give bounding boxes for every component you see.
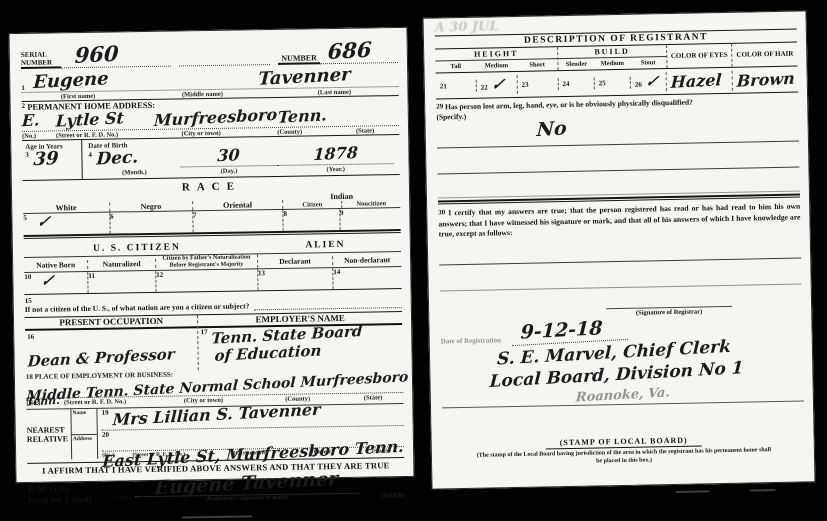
build-slender-label: Slender — [558, 58, 594, 70]
occupation-value: Dean & Professor — [27, 347, 175, 370]
address-city-label: (City or town) — [154, 129, 248, 137]
declarant-number: 13 — [258, 270, 265, 278]
build-stout-label: Stout — [630, 57, 666, 69]
serial-number-label: SERIAL NUMBER — [21, 50, 61, 69]
q29-answer: No — [536, 120, 567, 141]
non-declarant-number: 14 — [333, 268, 340, 276]
us-citizen-title: U. S. CITIZEN — [93, 242, 181, 253]
build-stout-number: 26 — [635, 81, 642, 89]
height-short-label: Short — [517, 59, 558, 71]
q29-number: 29 — [436, 102, 443, 110]
height-medium-checkmark: ✓ — [490, 77, 506, 94]
native-born-number: 10 — [24, 273, 31, 281]
employment-place-state: Tenn. — [26, 395, 60, 408]
serial-number-row: SERIAL NUMBER 960 NUMBER 686 — [21, 33, 398, 69]
registrar-place-value: Roanoke, Va. — [575, 386, 670, 404]
dob-month-label: (Month.) — [89, 168, 181, 176]
address-city-value: Murfreesboro — [153, 107, 277, 129]
height-medium-number: 22 — [481, 83, 488, 91]
registration-date-label: Date of Registration — [441, 336, 501, 345]
height-tall-number: 21 — [440, 82, 447, 90]
order-number-label: NUMBER — [278, 53, 320, 65]
first-name-value: Eugene — [32, 70, 108, 92]
draft-card-front: SERIAL NUMBER 960 NUMBER 686 1 Eugene Ta… — [8, 27, 414, 483]
race-indian-citizen-label: Citizen — [283, 201, 342, 209]
form-number-label: Form No. 1 (Red) — [28, 493, 112, 499]
q3-number: 3 — [25, 151, 29, 159]
citizenship-table: U. S. CITIZEN ALIEN Native Born Naturali… — [24, 233, 402, 294]
nation-question-row: 15 If not a citizen of the U. S., of wha… — [25, 291, 402, 314]
address-no-value: E. — [21, 112, 40, 129]
q20-number: 20 — [102, 431, 109, 439]
q18-number: 18 — [26, 373, 33, 381]
q29-text: Has person lost arm, leg, hand, eye, or … — [445, 98, 693, 112]
dob-year-label: (Year.) — [278, 165, 394, 174]
race-oriental-label: Oriental — [193, 200, 284, 210]
color-of-eyes-title: COLOR OF EYES — [667, 44, 733, 68]
relative-name-label: Name — [71, 409, 97, 435]
scan-smudge — [676, 490, 710, 493]
race-table: White Negro Oriental Indian Citizen Nonc… — [23, 191, 401, 235]
description-answer-row: 21 22✓ 23 24 25 26✓ Hazel Brown — [436, 67, 798, 100]
dob-day-label: (Day.) — [180, 167, 278, 176]
signature-row: P. M. G. O. Form No. 1 (Red) 3—4421 Euge… — [27, 472, 404, 499]
hair-color-value: Brown — [737, 70, 796, 89]
occupation-employer-section: PRESENT OCCUPATION 16 Dean & Professor E… — [25, 311, 403, 373]
address-no-label: (No.) — [22, 132, 56, 140]
employment-state-label: (State) — [343, 394, 403, 402]
registrar-signature-label: (Signature of Registrar) — [606, 306, 732, 317]
last-name-value: Tavenner — [258, 66, 351, 89]
nearest-relative-section: NEAREST RELATIVE Name Address 19 Mrs Lil… — [26, 403, 404, 460]
native-born-checkmark: ✓ — [40, 273, 56, 289]
registrar-section: (Signature of Registrar) Date of Registr… — [440, 298, 804, 408]
address-state-label: (State) — [331, 127, 399, 135]
draft-card-back: A 30 JUL DESCRIPTION OF REGISTRANT HEIGH… — [423, 10, 816, 489]
q16-number: 16 — [27, 333, 34, 341]
stamp-box-title: (STAMP OF LOCAL BOARD) — [546, 435, 702, 449]
race-negro-number: 6 — [110, 213, 114, 221]
q2-number: 2 — [22, 102, 26, 110]
relative-name-value: Mrs Lillian S. Tavenner — [112, 402, 321, 429]
height-short-number: 23 — [522, 80, 529, 88]
height-medium-label: Medium — [476, 60, 517, 72]
address-street-value: Lytle St — [55, 110, 124, 130]
blank-line — [439, 259, 801, 292]
color-of-hair-title: COLOR OF HAIR — [732, 43, 797, 67]
race-white-label: White — [23, 203, 110, 213]
height-tall-label: Tall — [435, 61, 476, 73]
home-address-row: 2 PERMANENT HOME ADDRESS: E. Lytle St Mu… — [22, 96, 400, 140]
q4-number: 4 — [88, 151, 92, 159]
build-stout-checkmark: ✓ — [644, 74, 660, 91]
naturalized-number: 11 — [88, 272, 95, 280]
employer-value-line2: of Education — [215, 344, 323, 364]
citizen-by-father-number: 12 — [156, 271, 163, 279]
address-state-value: Tenn. — [278, 107, 328, 126]
alien-title: ALIEN — [305, 240, 345, 251]
q19-number: 19 — [102, 409, 109, 417]
race-oriental-number: 7 — [193, 211, 197, 219]
nearest-relative-title: NEAREST RELATIVE — [26, 410, 71, 461]
race-white-number: 5 — [23, 214, 27, 222]
dob-day-value: 30 — [217, 147, 240, 164]
registration-date-value: 9-12-18 — [512, 318, 629, 346]
scan-smudge — [750, 489, 776, 491]
race-indian-noncitizen-label: Noncitizen — [342, 200, 400, 208]
q30-number: 30 — [438, 209, 445, 217]
relative-address-label: Address — [72, 435, 98, 460]
order-number-value: 686 — [327, 39, 372, 62]
serial-number-value: 960 — [74, 43, 119, 66]
dob-month-value: Dec. — [96, 149, 139, 168]
race-negro-label: Negro — [110, 201, 193, 211]
build-slender-number: 24 — [562, 79, 569, 87]
race-noncitizen-number: 9 — [340, 209, 344, 217]
naturalized-label: Naturalized — [88, 259, 156, 269]
stamp-box: (STAMP OF LOCAL BOARD) (The stamp of the… — [443, 427, 806, 497]
eyes-color-value: Hazel — [671, 72, 723, 91]
employment-place-row: 18 PLACE OF EMPLOYMENT OR BUSINESS: Midd… — [26, 367, 403, 407]
citizen-by-father-label: Citizen by Father's Naturalization Befor… — [156, 254, 258, 270]
native-born-label: Native Born — [24, 260, 88, 270]
name-row: 1 Eugene Tavenner (First name) (Middle n… — [21, 63, 398, 101]
declarant-label: Declarant — [258, 256, 334, 266]
race-white-checkmark: ✓ — [35, 214, 51, 230]
non-declarant-label: Non-declarant — [333, 255, 401, 265]
age-value: 39 — [33, 150, 59, 169]
build-medium-label: Medium — [594, 58, 630, 70]
dob-year-value: 1878 — [313, 145, 358, 163]
q17-number: 17 — [201, 328, 208, 336]
build-medium-number: 25 — [599, 79, 606, 87]
address-county-label: (County) — [248, 128, 331, 136]
q29-specify-label: (Specify.) — [436, 112, 466, 122]
age-dob-row: Age in Years 3 39 Date of Birth 4 Dec. 3… — [22, 135, 400, 181]
over-label: (OVER) — [359, 492, 405, 499]
race-citizen-number: 8 — [283, 210, 287, 218]
